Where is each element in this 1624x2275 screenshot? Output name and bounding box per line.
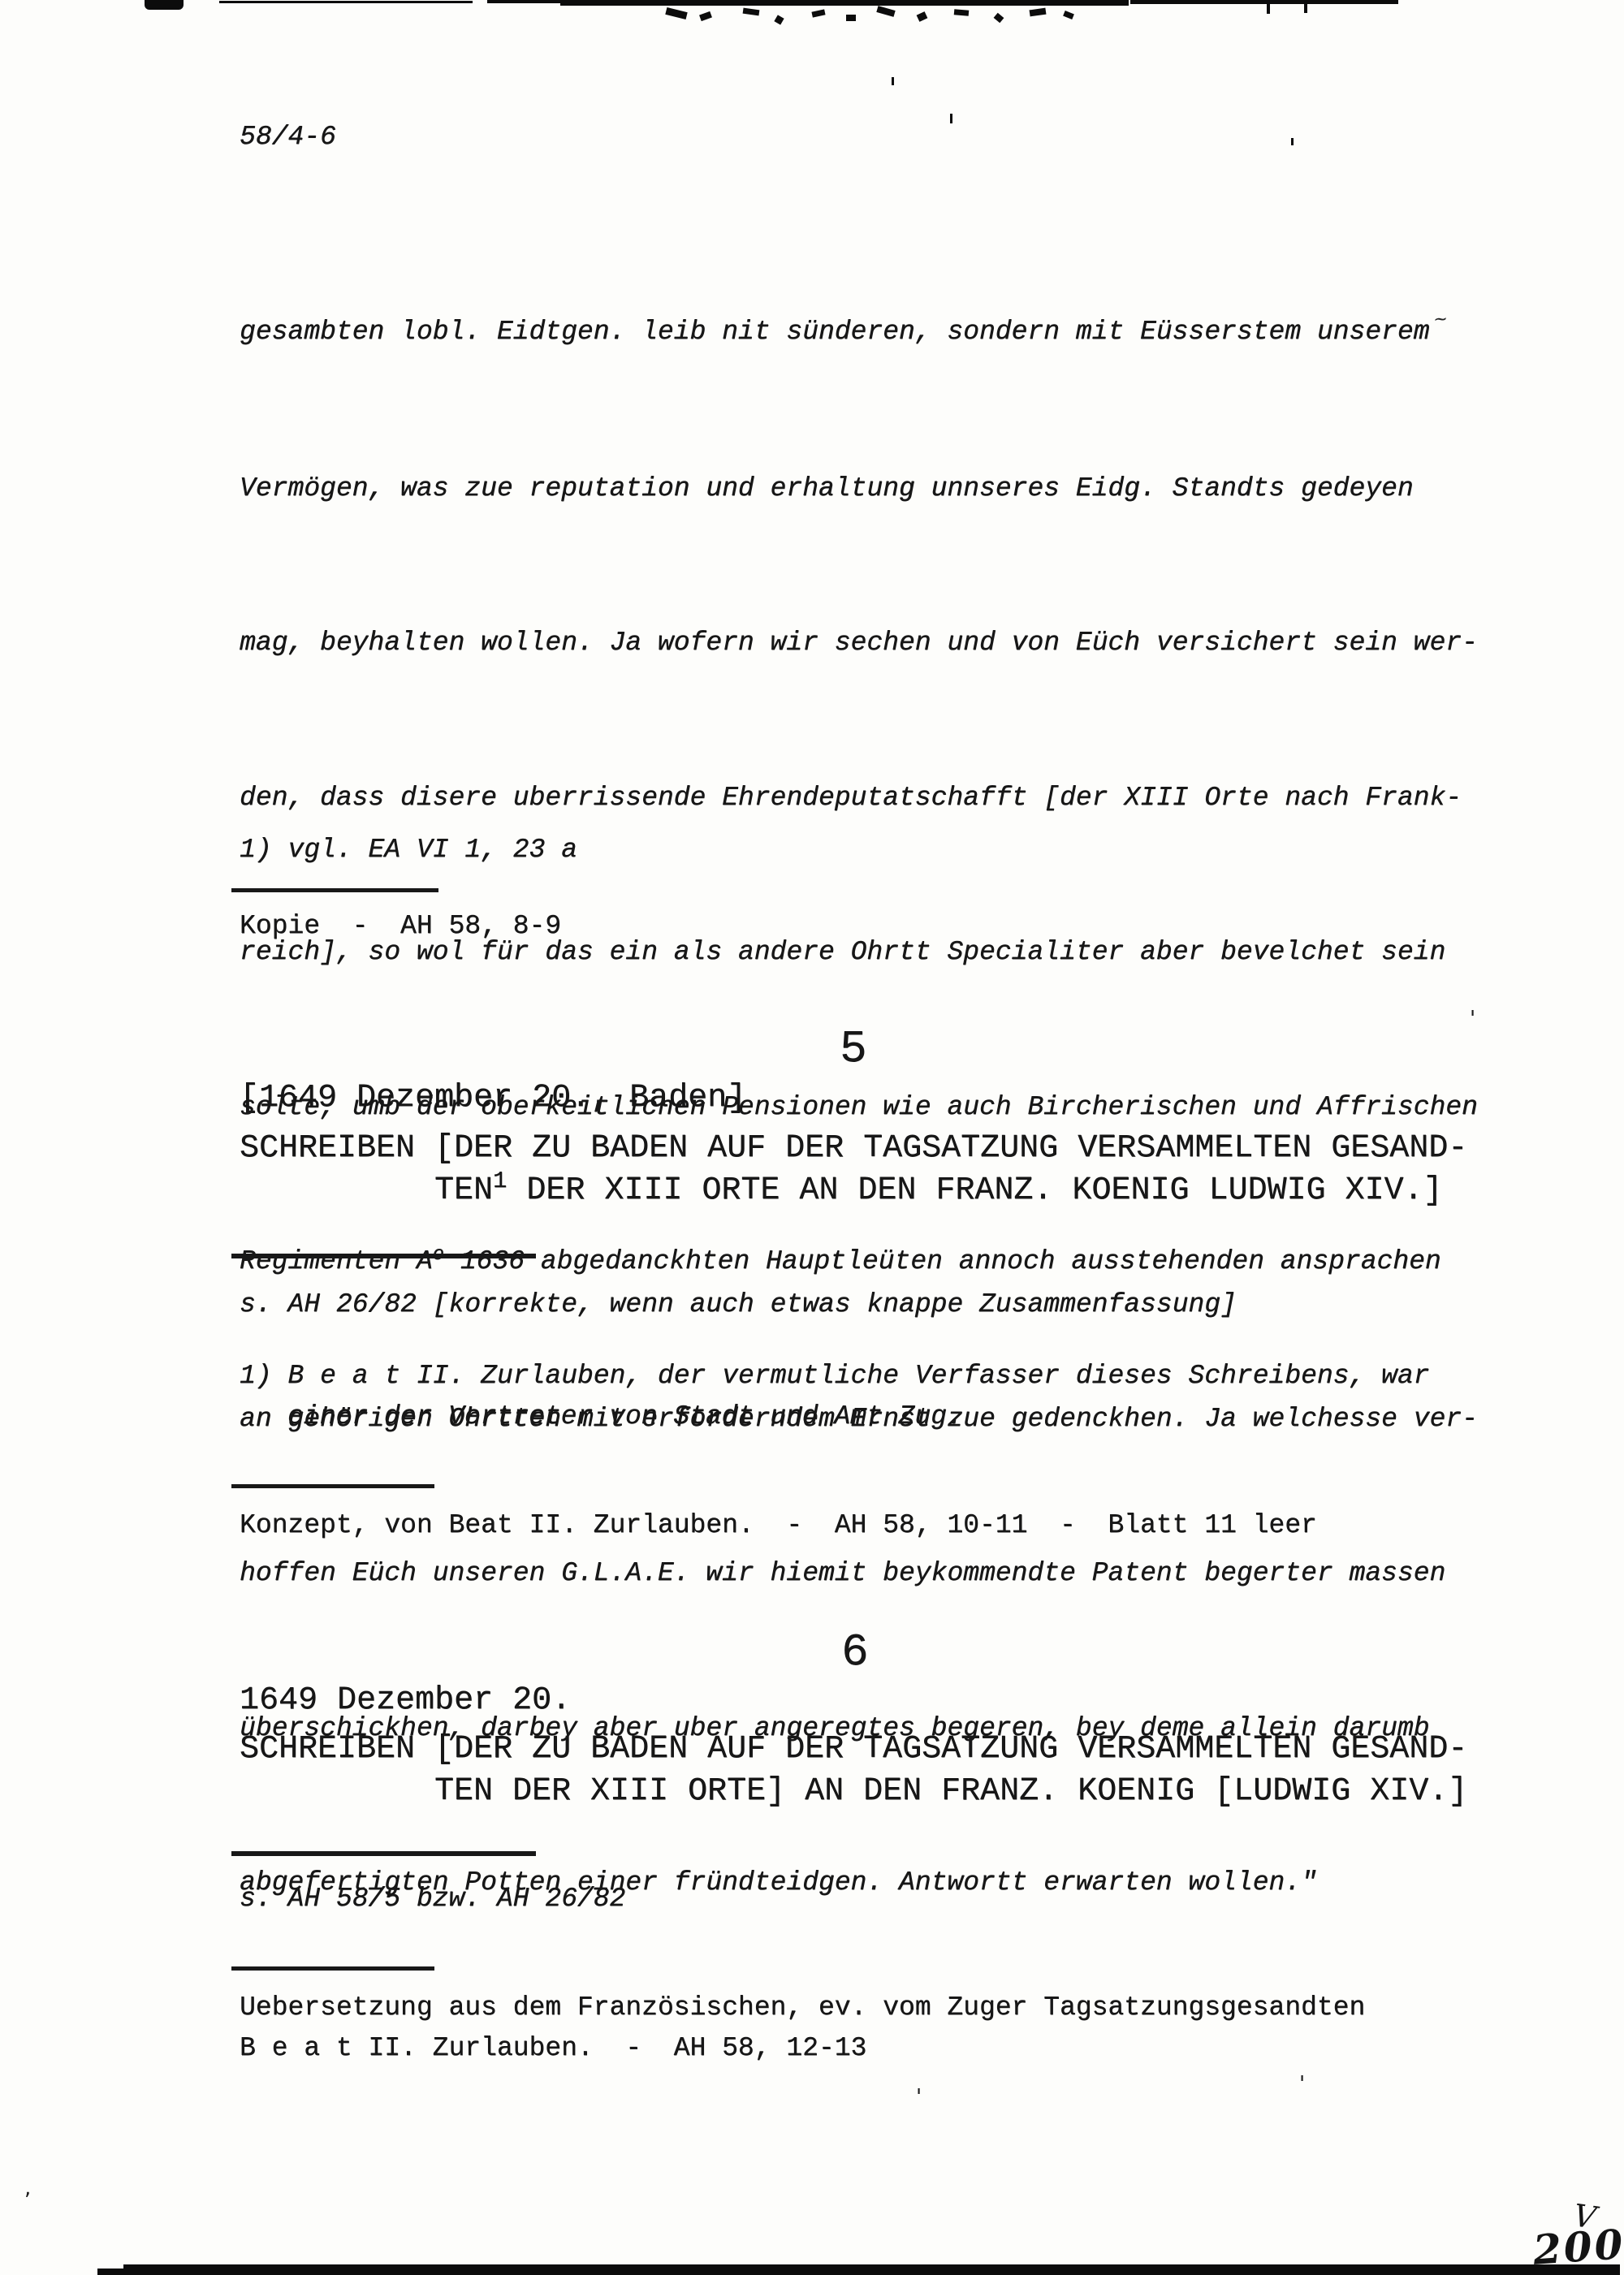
section5-number: 5 [840, 1023, 867, 1075]
scan-edge-artifact [145, 0, 184, 10]
scan-speck: ' [1470, 1007, 1475, 1031]
scan-speck [774, 15, 784, 24]
scan-speck: , [24, 2176, 31, 2200]
scan-speck [665, 7, 687, 19]
section6-source-line2: B e a t II. Zurlauben. - AH 58, 12-13 [240, 2033, 866, 2063]
section6-date: 1649 Dezember 20. [240, 1682, 571, 1719]
scan-edge-artifact [123, 2264, 1620, 2275]
footnote-ref-1: 1 [493, 1168, 507, 1194]
scan-speck [950, 114, 952, 123]
section5-title-line2: TEN1 DER XIII ORTE AN DEN FRANZ. KOENIG … [434, 1172, 1442, 1209]
scan-speck [1063, 11, 1074, 19]
scan-edge-artifact [219, 1, 473, 3]
scan-speck [994, 13, 1004, 24]
scan-speck [743, 8, 760, 16]
quote-line: den, dass disere uberrissende Ehrendeput… [240, 772, 1478, 824]
scan-edge-artifact [487, 0, 560, 3]
scan-speck [1291, 138, 1294, 145]
section6-title-line2: TEN DER XIII ORTE] AN DEN FRANZ. KOENIG … [434, 1773, 1467, 1810]
separator-rule [231, 888, 438, 892]
section6-title-line1: SCHREIBEN [DER ZU BADEN AUF DER TAGSATZU… [240, 1731, 1467, 1768]
separator-rule [231, 1966, 434, 1971]
scan-speck [917, 11, 928, 22]
footnote-vgl: 1) vgl. EA VI 1, 23 a [240, 835, 577, 865]
section6-number: 6 [841, 1626, 869, 1678]
section5-footnote-line1: 1) B e a t II. Zurlauben, der vermutlich… [240, 1361, 1429, 1391]
scan-speck [876, 6, 895, 17]
page-header-number: 58/4-6 [240, 122, 336, 152]
section6-reference-note: s. AH 58/5 bzw. AH 26/82 [240, 1884, 625, 1914]
scan-edge-artifact [560, 0, 1129, 6]
handwritten-tick: ~ [1432, 296, 1449, 348]
scan-speck: ' [916, 2085, 922, 2109]
section5-title-line1: SCHREIBEN [DER ZU BADEN AUF DER TAGSATZU… [240, 1130, 1467, 1167]
separator-rule [231, 1484, 434, 1488]
scanned-document-page: 58/4-6 gesambten lobl. Eidtgen. leib nit… [0, 0, 1624, 2275]
section5-reference-note: s. AH 26/82 [korrekte, wenn auch etwas k… [240, 1289, 1237, 1319]
scan-speck [892, 77, 894, 85]
kopie-source-line: Kopie - AH 58, 8-9 [240, 911, 561, 941]
quote-line: mag, beyhalten wollen. Ja wofern wir sec… [240, 617, 1478, 669]
separator-rule [231, 1254, 536, 1258]
scan-speck [954, 9, 970, 16]
scan-speck [846, 15, 856, 21]
scan-speck: ' [1299, 2072, 1305, 2096]
scan-speck [699, 11, 712, 21]
quote-line: Vermögen, was zue reputation und erhaltu… [240, 463, 1478, 515]
quote-line: hoffen Eüch unseren G.L.A.E. wir hiemit … [240, 1548, 1478, 1599]
separator-rule [231, 1851, 536, 1856]
scan-speck [1030, 8, 1047, 17]
quote-line: gesambten lobl. Eidtgen. leib nit sünder… [240, 306, 1478, 360]
scan-edge-artifact [1130, 0, 1398, 4]
scan-edge-artifact [97, 2269, 130, 2275]
scan-edge-artifact [1267, 4, 1270, 14]
scan-speck [811, 9, 825, 17]
section5-footnote-line2: einer der Vertreter von Stadt und Amt Zu… [287, 1401, 963, 1431]
section6-source-line1: Uebersetzung aus dem Französischen, ev. … [240, 1992, 1365, 2022]
section5-source-line: Konzept, von Beat II. Zurlauben. - AH 58… [240, 1510, 1317, 1540]
quote-line: Regimenten Ao 1636 abgedanckhten Hauptle… [240, 1236, 1478, 1290]
scan-edge-artifact [1304, 4, 1307, 13]
section5-date: [1649 Dezember 20., Baden] [240, 1080, 746, 1116]
